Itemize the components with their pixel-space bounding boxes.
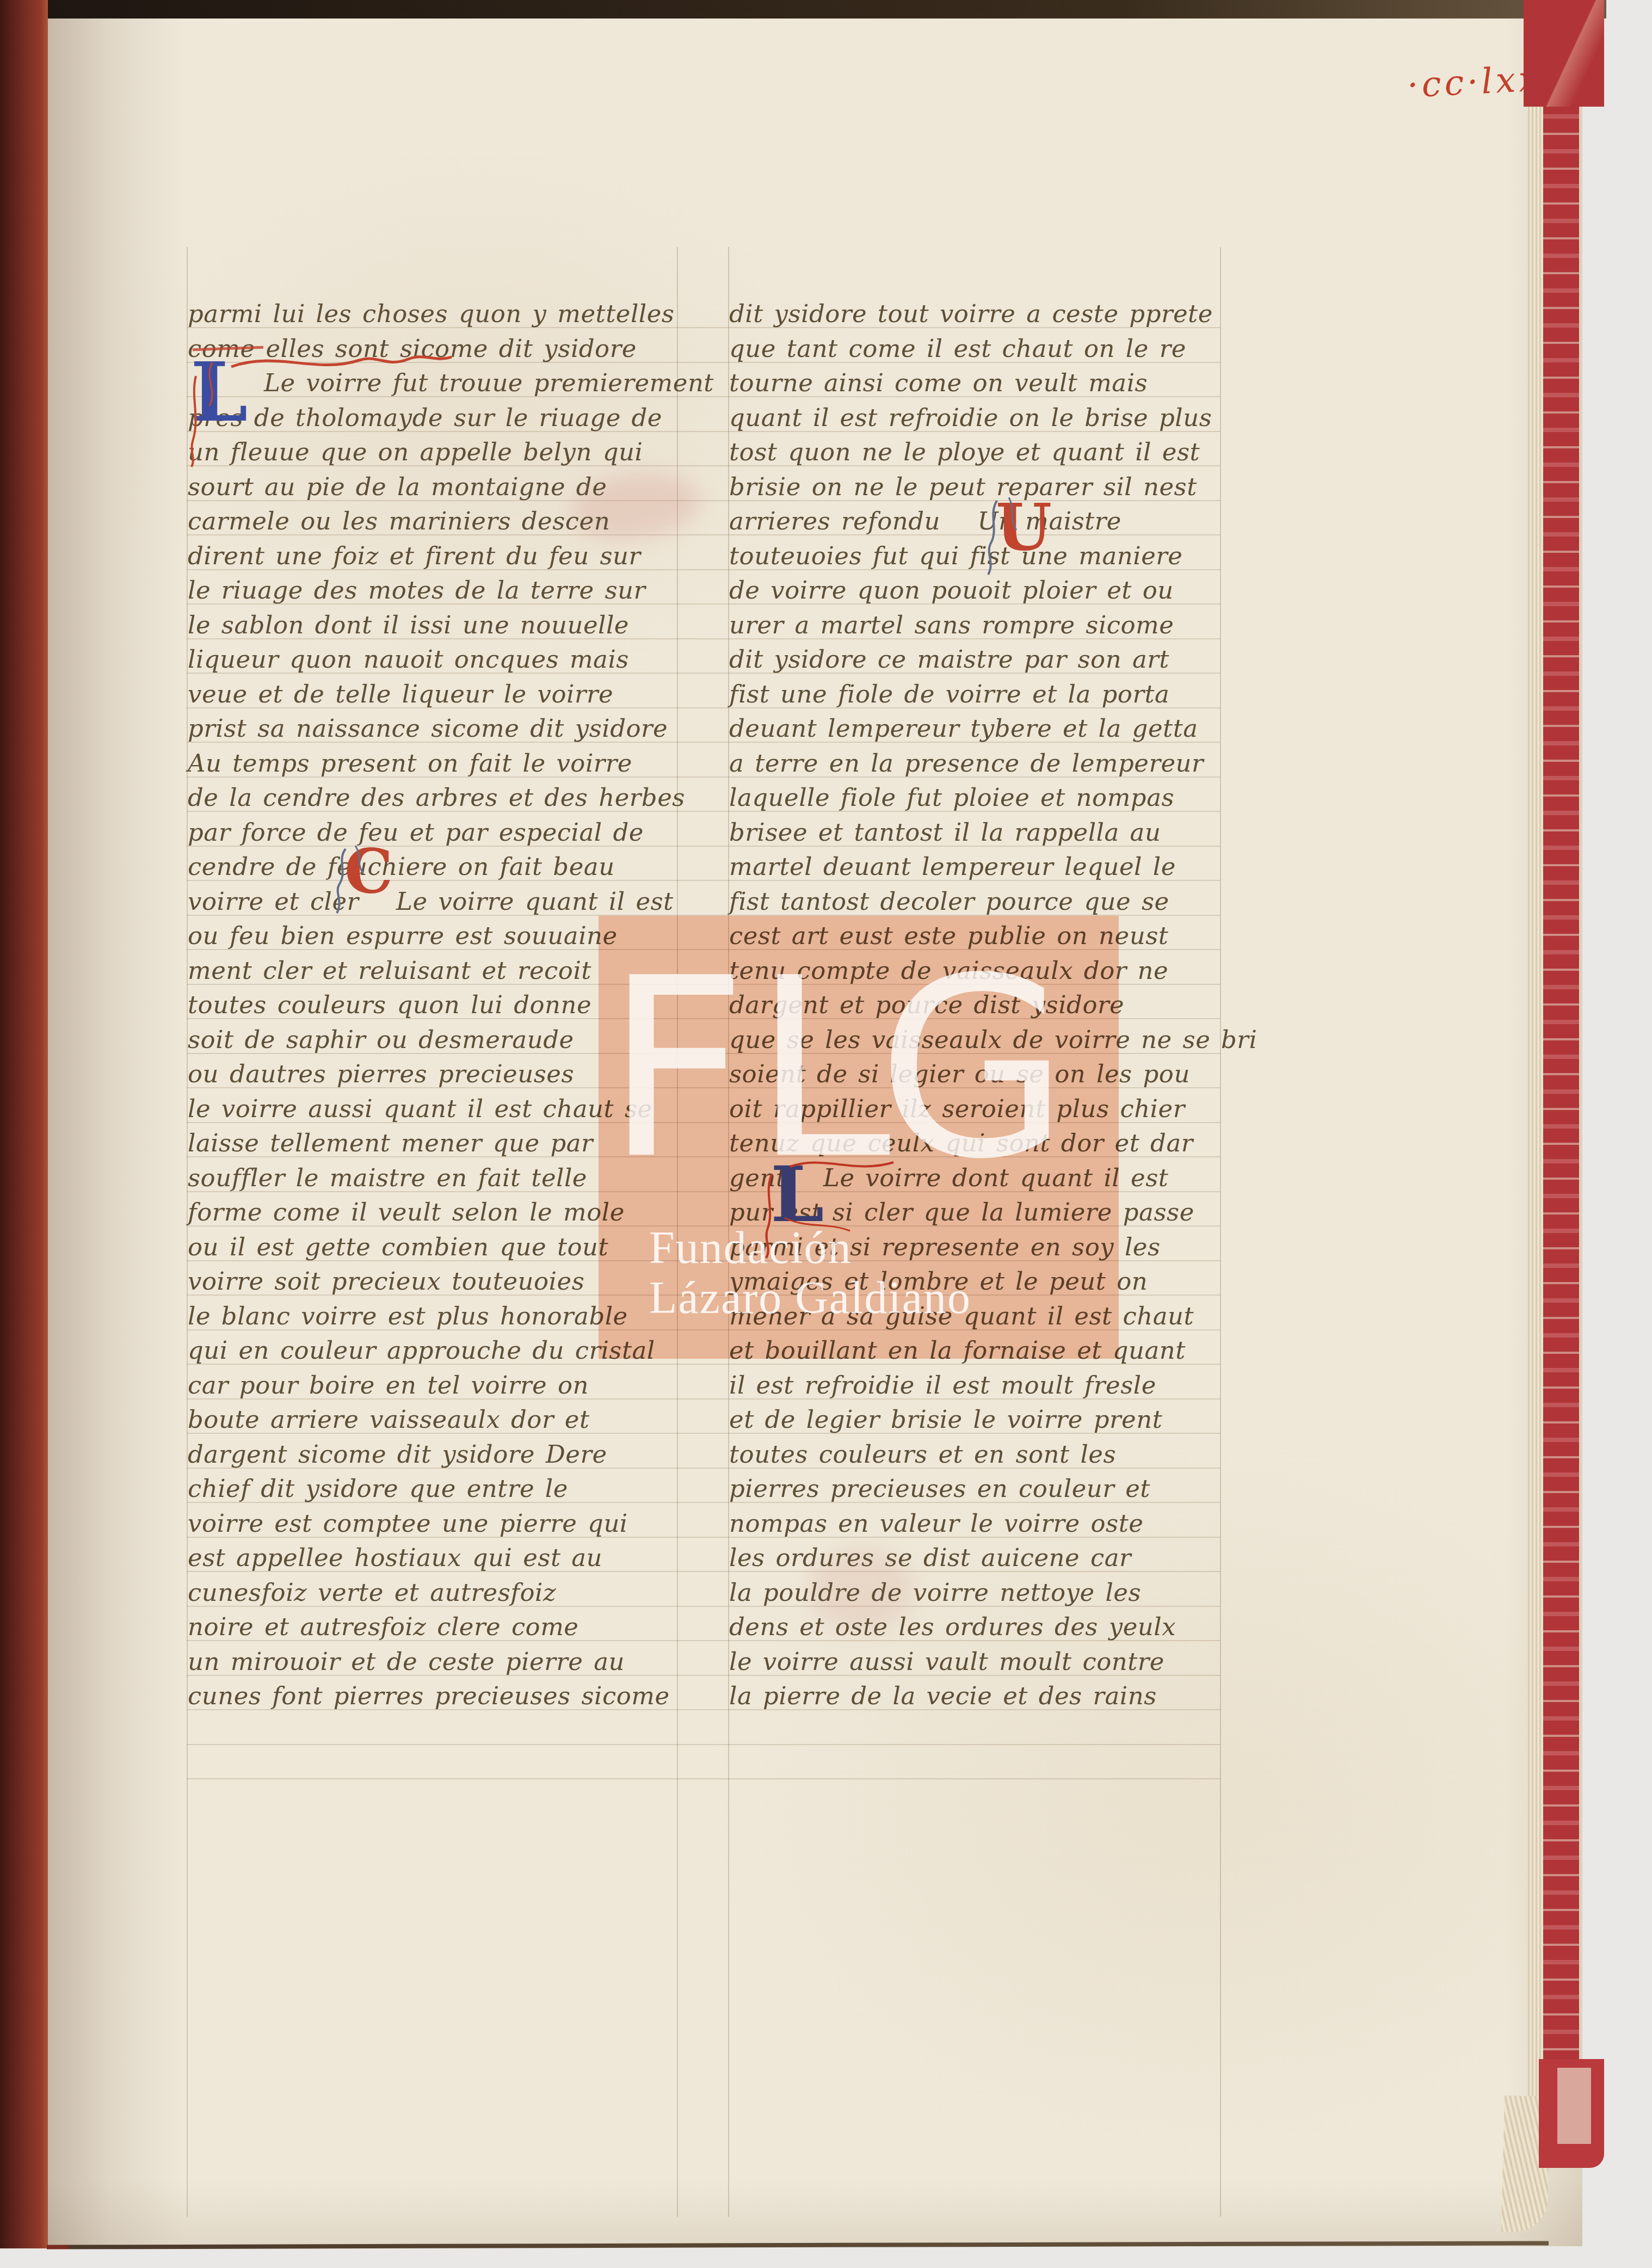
manuscript-line: nompas en valeur le voirre oste [729, 1506, 1241, 1541]
manuscript-line: et de legier brisie le voirre prent [729, 1402, 1241, 1437]
manuscript-line: un fleuue que on appelle belyn qui [188, 435, 699, 470]
book-top-edge-shadow [0, 0, 1606, 19]
left-binding-spine [0, 0, 48, 2248]
manuscript-line: de la cendre des arbres et des herbes [188, 780, 699, 815]
manuscript-line: fist une fiole de voirre et la porta [729, 677, 1241, 712]
manuscript-line: tost quon ne le ploye et quant il est [729, 435, 1241, 470]
manuscript-line: est appellee hostiaux qui est au [188, 1540, 699, 1575]
manuscript-line: de voirre quon pouoit ploier et ou [729, 573, 1241, 608]
manuscript-line: dit ysidore tout voirre a ceste pprete [729, 297, 1241, 331]
manuscript-line: urer a martel sans rompre sicome [729, 608, 1241, 643]
manuscript-line: les ordures se dist auicene car [729, 1540, 1241, 1575]
manuscript-line: le riuage des motes de la terre sur [188, 573, 699, 608]
manuscript-line: liqueur quon nauoit oncques mais [188, 642, 699, 677]
illuminated-initial-U-red: U [996, 495, 1052, 559]
manuscript-line: dit ysidore ce maistre par son art [729, 642, 1241, 677]
manuscript-line: toutes couleurs et en sont les [729, 1437, 1241, 1472]
watermark-name-line2: Lázaro Galdiano [649, 1275, 971, 1321]
manuscript-line: voirre est comptee une pierre qui [188, 1506, 699, 1541]
manuscript-line: le sablon dont il issi une nouuelle [188, 608, 699, 643]
manuscript-line: laquelle fiole fut ploiee et nompas [729, 780, 1241, 815]
manuscript-line: Au temps present on fait le voirre [188, 746, 699, 781]
manuscript-line: brisee et tantost il la rappella au [729, 815, 1241, 850]
manuscript-photo: ·cc·lxxbij· parmi lui les choses quon y … [0, 0, 1652, 2268]
manuscript-line: cunes font pierres precieuses sicome [188, 1679, 699, 1714]
manuscript-line: quant il est refroidie on le brise plus [729, 400, 1241, 435]
illuminated-initial-L-blue: L [190, 352, 248, 433]
manuscript-line: pres de tholomayde sur le riuage de [188, 400, 699, 435]
watermark-name-line1: Fundación [649, 1225, 852, 1271]
manuscript-line: arrieres refondu Un maistre [729, 504, 1241, 539]
manuscript-line: martel deuant lempereur lequel le [729, 849, 1241, 884]
parchment-page: ·cc·lxxbij· parmi lui les choses quon y … [48, 19, 1582, 2246]
illuminated-initial-C-red: C [344, 841, 393, 902]
manuscript-line: touteuoies fut qui fist une maniere [729, 539, 1241, 574]
manuscript-line: Le voirre fut trouue premierement [188, 366, 699, 400]
manuscript-line: fist tantost decoler pource que se [729, 884, 1241, 919]
manuscript-line: que tant come il est chaut on le re [729, 331, 1241, 366]
watermark-letter-L: L [753, 946, 891, 1193]
manuscript-line: come elles sont sicome dit ysidore [188, 331, 699, 366]
manuscript-line: deuant lempereur tybere et la getta [729, 711, 1241, 746]
manuscript-line: carmele ou les mariniers descen [188, 504, 699, 539]
manuscript-line: il est refroidie il est moult fresle [729, 1368, 1241, 1403]
manuscript-line: sourt au pie de la montaigne de [188, 470, 699, 504]
manuscript-line: dargent sicome dit ysidore Dere [188, 1437, 699, 1472]
manuscript-line: dens et oste les ordures des yeulx [729, 1610, 1241, 1644]
manuscript-line: cunesfoiz verte et autresfoiz [188, 1575, 699, 1610]
manuscript-line: le voirre aussi vault moult contre [729, 1644, 1241, 1679]
manuscript-line: prist sa naissance sicome dit ysidore [188, 711, 699, 746]
manuscript-line: dirent une foiz et firent du feu sur [188, 539, 699, 574]
manuscript-line: la pierre de la vecie et des rains [729, 1679, 1241, 1714]
manuscript-line: pierres precieuses en couleur et [729, 1471, 1241, 1506]
manuscript-line: la pouldre de voirre nettoye les [729, 1575, 1241, 1610]
red-cloth-top-corner [1524, 0, 1604, 107]
watermark-letter-F: F [605, 946, 748, 1193]
manuscript-line: par force de feu et par especial de [188, 815, 699, 850]
red-cloth-turn-in [1557, 2068, 1591, 2144]
red-cloth-binding-edge [1543, 65, 1579, 2085]
manuscript-line: car pour boire en tel voirre on [188, 1368, 699, 1403]
manuscript-line: chief dit ysidore que entre le [188, 1471, 699, 1506]
manuscript-line: boute arriere vaisseaulx dor et [188, 1402, 699, 1437]
manuscript-line: parmi lui les choses quon y mettelles [188, 297, 699, 331]
manuscript-line: noire et autresfoiz clere come [188, 1610, 699, 1644]
manuscript-line: tourne ainsi come on veult mais [729, 366, 1241, 400]
manuscript-line: voirre et cler Le voirre quant il est [188, 884, 699, 919]
manuscript-line: veue et de telle liqueur le voirre [188, 677, 699, 712]
manuscript-line: un mirouoir et de ceste pierre au [188, 1644, 699, 1679]
manuscript-line: cendre de feuchiere on fait beau [188, 849, 699, 884]
manuscript-line: a terre en la presence de lempereur [729, 746, 1241, 781]
watermark-letter-G: G [877, 946, 1069, 1193]
manuscript-line: brisie on ne le peut reparer sil nest [729, 470, 1241, 504]
